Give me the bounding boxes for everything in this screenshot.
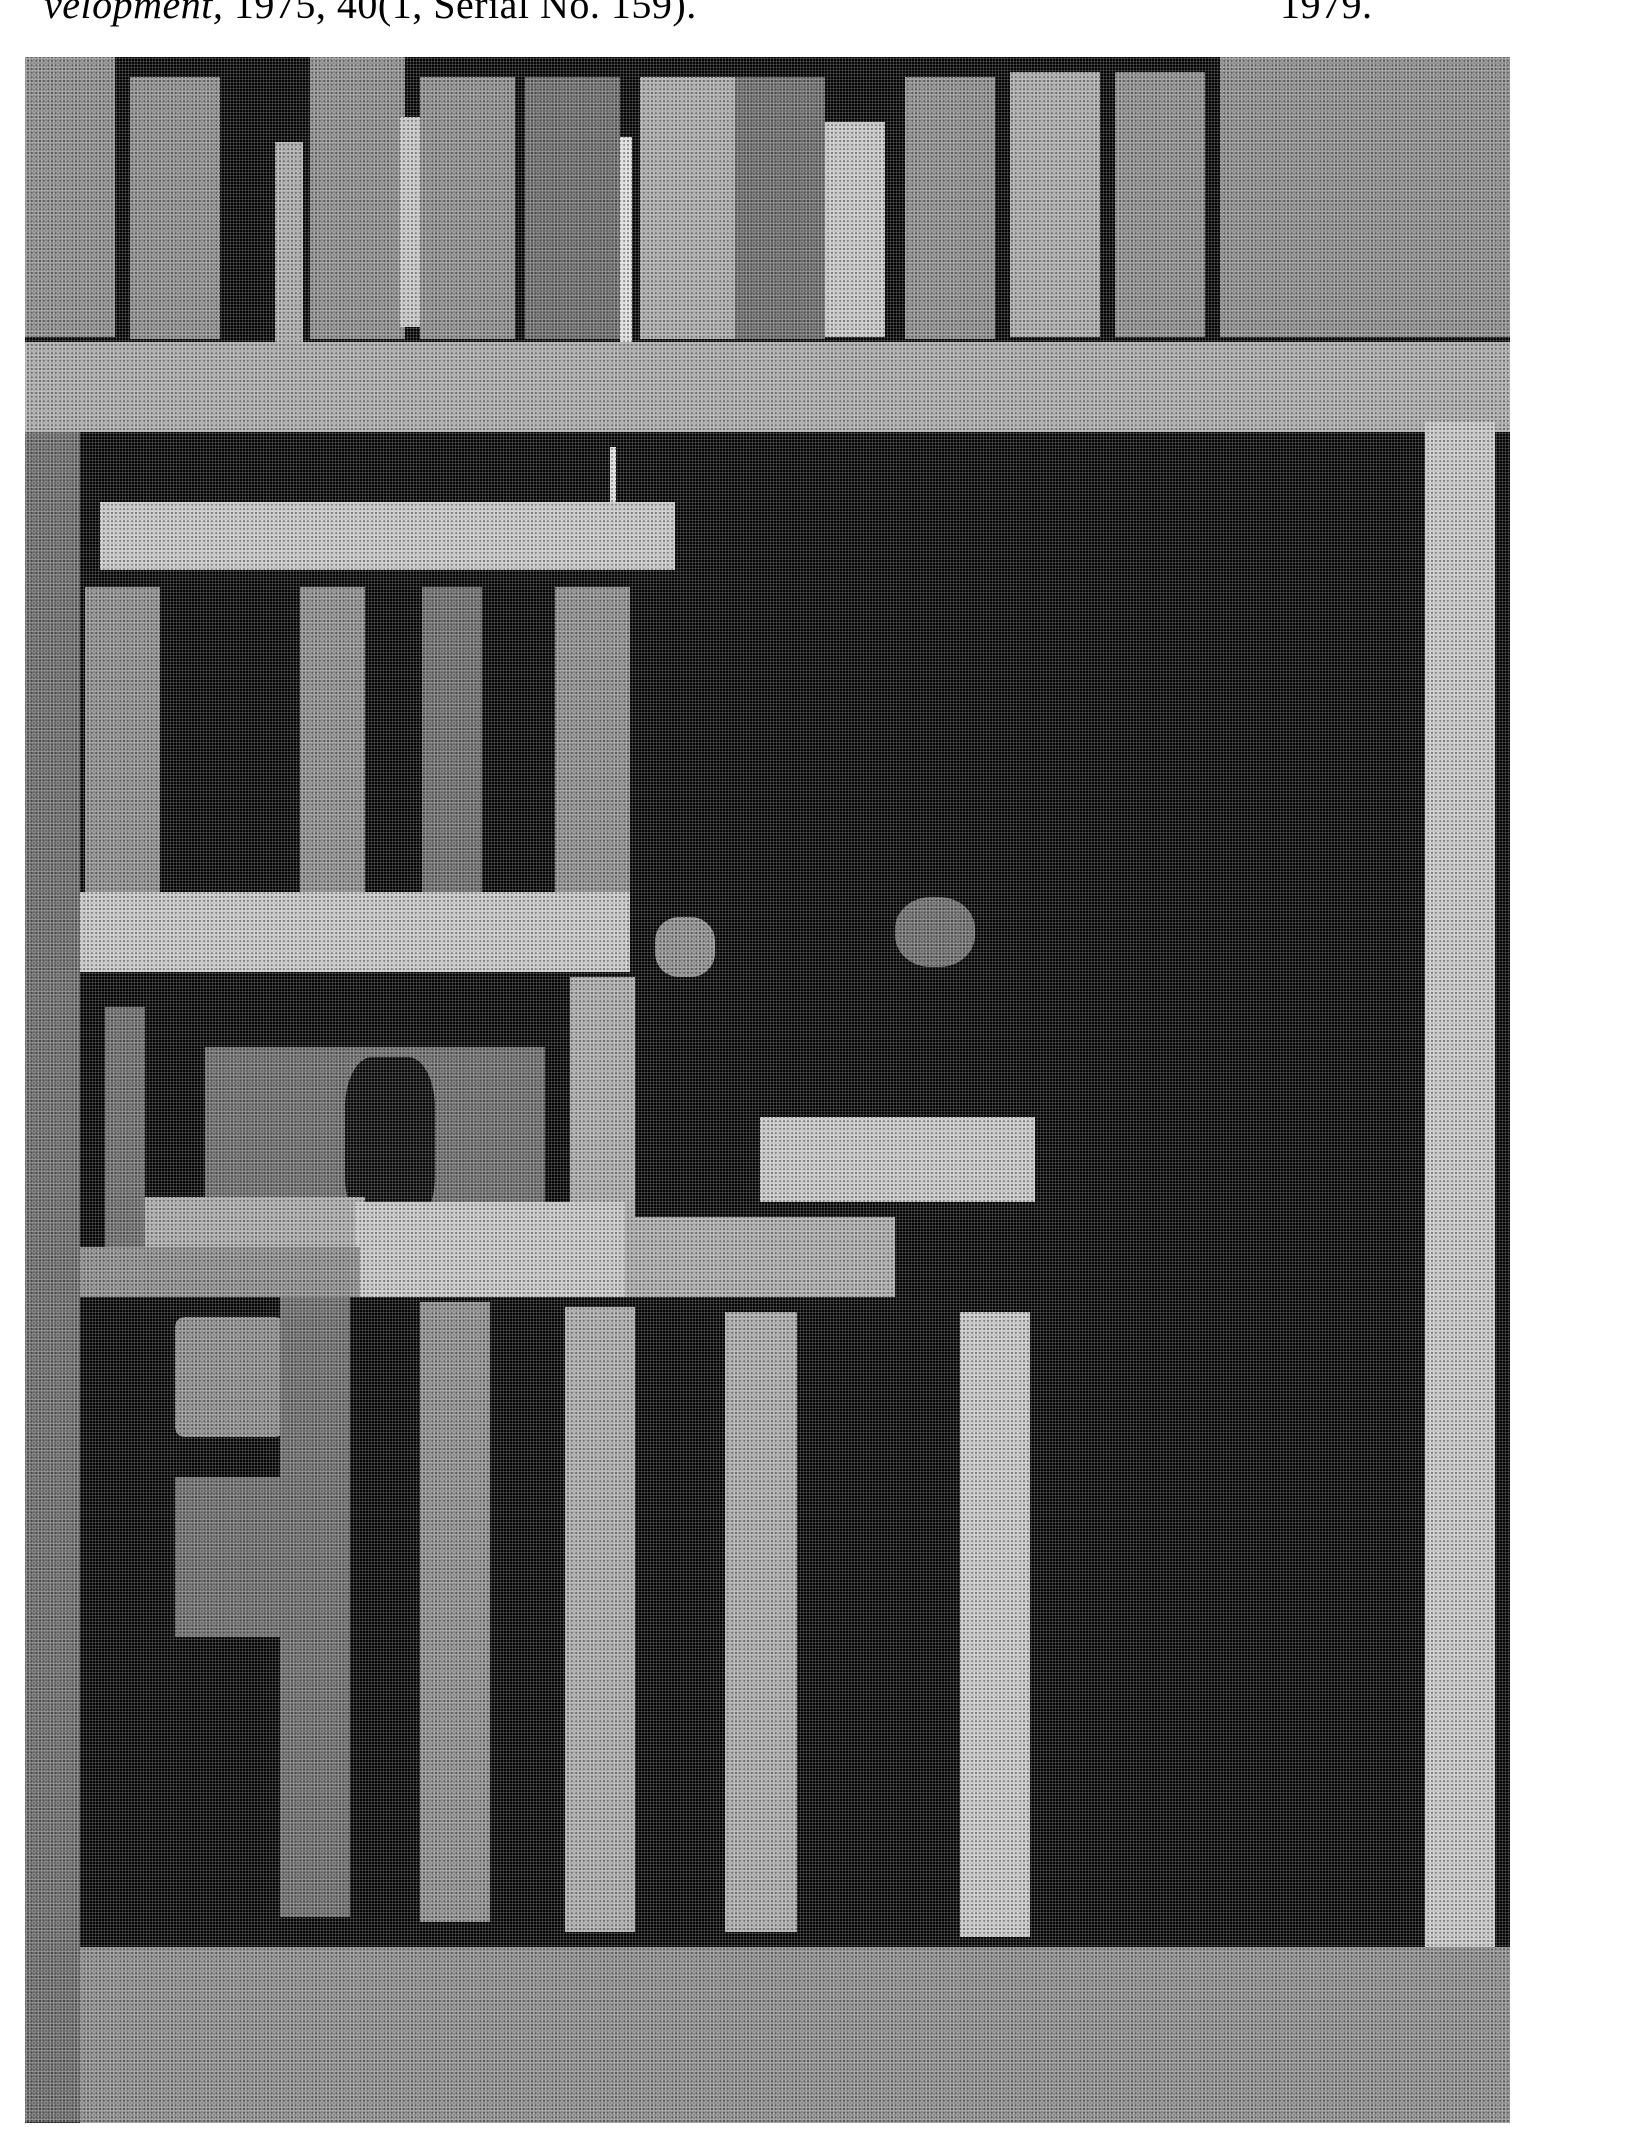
photo-region <box>175 1317 285 1437</box>
photo-region <box>130 77 220 339</box>
photo-region <box>275 142 303 372</box>
photo-region <box>525 77 620 339</box>
photo-region <box>422 587 482 892</box>
photo-region <box>80 1247 360 1297</box>
photo-region <box>175 1477 285 1637</box>
photo-region <box>655 917 715 977</box>
photo-region <box>1010 72 1100 337</box>
photo-region <box>555 587 630 897</box>
citation-fragment-left: velopment, 1975, 40(1, Serial No. 159). <box>44 0 697 28</box>
photo-region <box>895 897 975 967</box>
photo-region <box>760 1117 1035 1202</box>
photo-region <box>280 1297 350 1917</box>
citation-fragment-right: 1979. <box>1280 0 1373 28</box>
photo-region <box>100 502 400 570</box>
citation-journal-fragment: velopment, <box>44 0 223 27</box>
photo-region <box>145 1197 365 1247</box>
photo-region <box>640 77 735 339</box>
photo-region <box>735 77 825 339</box>
photo-region <box>25 342 1510 432</box>
photo-region <box>85 587 160 892</box>
photo-region <box>725 1312 797 1932</box>
photo-region <box>105 1007 145 1257</box>
photo-region <box>300 587 365 892</box>
photo-region <box>420 1302 490 1922</box>
photo-region <box>80 892 630 972</box>
block-structure-photo <box>25 57 1510 2123</box>
photo-region <box>25 57 115 337</box>
photo-region <box>905 77 995 339</box>
photo-region <box>355 1202 625 1297</box>
photo-region <box>610 447 616 502</box>
photo-region <box>565 1307 635 1932</box>
photo-region <box>25 432 80 2122</box>
page-header-strip: velopment, 1975, 40(1, Serial No. 159). … <box>0 0 1629 30</box>
photo-region <box>420 77 515 339</box>
photo-region <box>1115 72 1205 337</box>
photo-region <box>625 1217 895 1297</box>
photo-region <box>80 1947 1510 2123</box>
photo-region <box>1425 422 1495 2022</box>
citation-volume: 1975, 40(1, Serial No. 159). <box>223 0 696 27</box>
photo-region <box>960 1312 1030 1937</box>
photo-region <box>620 137 632 347</box>
photo-region <box>1220 57 1510 337</box>
photo-region <box>400 502 675 570</box>
photo-region <box>825 122 885 337</box>
photo-region <box>310 57 405 339</box>
